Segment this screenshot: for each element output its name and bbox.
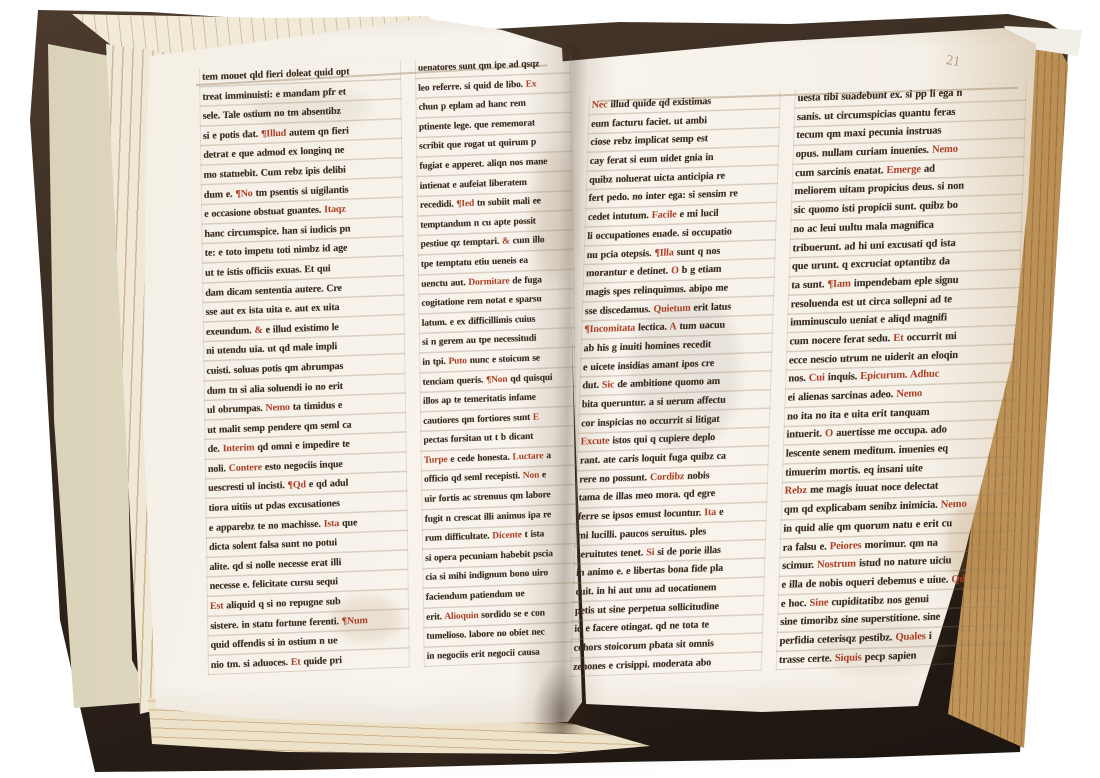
left-page-text-block: tem mouet qld fieri doleat quid opttreat…: [199, 54, 580, 675]
right-page-text-block: Nec illud quide qd existimaseum facturu …: [570, 82, 1027, 677]
text-column-1: tem mouet qld fieri doleat quid opttreat…: [199, 60, 410, 675]
text-column-3: Nec illud quide qd existimaseum facturu …: [570, 91, 781, 678]
photo-open-manuscript-book: 21 tem mouet qld fieri doleat quid opttr…: [0, 0, 1100, 778]
text-column-2: uenatores sunt qm ipe ad qsqzleo referre…: [415, 54, 580, 667]
folio-number: 21: [945, 53, 961, 71]
text-column-4: uesta tibi suadebunt ex. si pp li ega ns…: [776, 82, 1027, 670]
